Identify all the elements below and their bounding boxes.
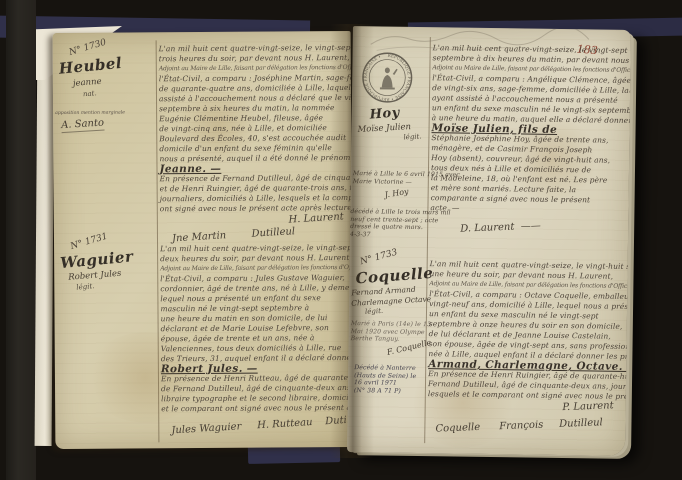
- handwritten-line: et le comparant ont signé avec nous le p…: [161, 403, 349, 414]
- birth-act-body: L'an mil huit cent quatre-vingt-seize, l…: [160, 243, 349, 414]
- witness-signatures: Coquelle François Dutilleul: [435, 417, 603, 434]
- left-page: N° 1730 Heubel jeanne nat. apposition me…: [53, 31, 354, 449]
- witness-signatures: Jules Waguier H. Rutteau Dutilleul: [171, 414, 353, 437]
- birth-act-body: L'an mil huit cent quatre-vingt-seize, l…: [428, 259, 618, 402]
- margin-firstname: Robert Jules: [68, 269, 122, 283]
- death-margin-note: Décédé à Nanterre(Hauts de Seine) le16 a…: [354, 364, 417, 395]
- act-number: N° 1731: [69, 232, 108, 252]
- handwritten-line: lesquels et le comparant ont signé avec …: [428, 389, 616, 402]
- right-page: 183 RÉPUBLIQUE FRANÇAISE • RÉPUBLIQUE FR…: [347, 26, 631, 456]
- page-edge-stack: [35, 34, 55, 446]
- handwritten-line: 4-3-37: [350, 231, 450, 240]
- handwritten-line: acte. —: [430, 203, 618, 216]
- margin-status: légit.: [76, 282, 95, 291]
- act-number: N° 1733: [359, 248, 398, 268]
- margin-surname: Hoy: [369, 105, 400, 122]
- margin-annotation: apposition mention marginale: [55, 111, 125, 117]
- handwritten-line: Adjoint au Maire de Lille, faisant par d…: [159, 63, 347, 74]
- register-scan: N° 1730 Heubel jeanne nat. apposition me…: [0, 0, 682, 480]
- margin-status: nat.: [83, 89, 97, 98]
- handwritten-line: (N° 38 A 71 P): [354, 387, 416, 395]
- officiant-signature: D. Laurent ——: [460, 221, 541, 235]
- margin-note-signature: J. Hoy: [384, 187, 409, 200]
- birth-act-body: L'an mil huit cent quatre-vingt-seize, l…: [159, 43, 348, 214]
- margin-surname: Heubel: [58, 54, 123, 78]
- margin-surname: Coquelle: [355, 264, 434, 288]
- handwritten-line: déclarant et de Marie Louise Lefebvre, s…: [161, 323, 349, 334]
- officiant-signature: P. Laurent: [478, 400, 614, 416]
- book-cover-edge: [6, 0, 36, 480]
- margin-surname: Waguier: [59, 247, 134, 272]
- margin-firstname: jeanne: [73, 77, 102, 89]
- margin-status: légit.: [365, 307, 384, 316]
- witness-signatures: Jne Martin Dutilleul: [172, 226, 296, 244]
- handwritten-line: lequel nous a présenté un enfant du sexe: [160, 293, 348, 304]
- margin-signature: A. Santo: [61, 118, 105, 134]
- margin-status: légit.: [403, 132, 422, 141]
- handwritten-line: Adjoint au Maire de Lille, faisant par d…: [160, 263, 348, 274]
- republique-francaise-seal-icon: RÉPUBLIQUE FRANÇAISE • RÉPUBLIQUE FRANÇA…: [360, 50, 415, 105]
- birth-act-body: L'an mil huit cent quatre-vingt-seize, l…: [430, 43, 620, 216]
